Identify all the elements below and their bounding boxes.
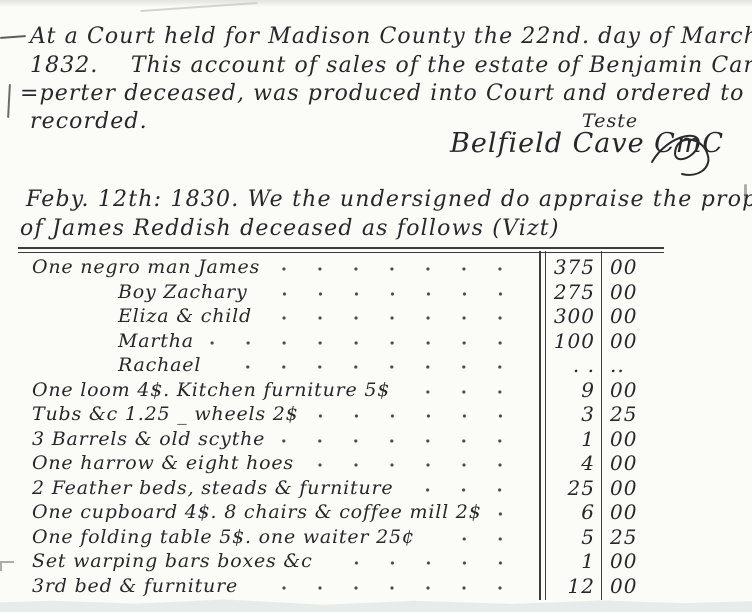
amount-dollars: 1 [539, 549, 602, 573]
amount-cents: 00 [602, 500, 664, 524]
dot-leader [431, 536, 533, 542]
amount-dollars: 1 [539, 427, 602, 451]
item-description: One negro man James [32, 256, 260, 278]
amount-dollars: 6 [539, 500, 602, 524]
amount-cents: .. [602, 353, 664, 377]
table-row: Tubs &c 1.25 _ wheels 2$325 [22, 402, 664, 426]
item-description: One cupboard 4$. 8 chairs & coffee mill … [32, 501, 482, 523]
item-description: Rachael [118, 354, 201, 376]
amount-dollars: 12 [539, 574, 602, 598]
dot-leader [498, 511, 533, 517]
amount-dollars: . . [539, 353, 602, 377]
item-description: One folding table 5$. one waiter 25¢ [32, 526, 415, 548]
item-description: Tubs &c 1.25 _ wheels 2$ [32, 403, 299, 425]
item-description: One loom 4$. Kitchen furniture 5$ [32, 379, 390, 401]
amount-dollars: 275 [539, 280, 602, 304]
table-row: Martha10000 [22, 329, 664, 353]
amount-cents: 00 [602, 280, 664, 304]
dot-leader [406, 389, 533, 395]
bottom-left-paper-mark [0, 561, 14, 571]
court-record-line-3: =perter deceased, was produced into Cour… [20, 81, 752, 106]
dot-leader [281, 438, 533, 444]
item-description: Boy Zachary [118, 281, 248, 303]
amount-cents: 25 [602, 402, 664, 426]
appraisal-intro-line-1: Feby. 12th: 1830. We the undersigned do … [26, 187, 752, 212]
table-row: Set warping bars boxes &c100 [22, 549, 664, 573]
table-row: Rachael. ... [22, 353, 664, 377]
amount-cents: 00 [602, 304, 664, 328]
table-row: One folding table 5$. one waiter 25¢525 [22, 525, 664, 549]
table-top-double-rule [18, 247, 664, 253]
table-row: One harrow & eight hoes400 [22, 451, 664, 475]
item-description: Martha [118, 330, 194, 352]
item-description: Eliza & child [118, 305, 252, 327]
dot-leader [264, 291, 533, 297]
dot-leader [315, 413, 533, 419]
item-description: Set warping bars boxes &c [32, 550, 313, 572]
amount-cents: 00 [602, 329, 664, 353]
amount-cents: 00 [602, 476, 664, 500]
table-row: 3rd bed & furniture1200 [22, 574, 664, 598]
dot-leader [254, 585, 533, 591]
table-row: 3 Barrels & old scythe100 [22, 427, 664, 451]
amount-cents: 00 [602, 378, 664, 402]
amount-dollars: 100 [539, 329, 602, 353]
appraisal-intro-line-2: of James Reddish deceased as follows (Vi… [20, 216, 560, 241]
dot-leader [329, 560, 533, 566]
appraisal-table: One negro man James37500Boy Zachary27500… [22, 255, 664, 598]
amount-dollars: 300 [539, 304, 602, 328]
item-description: 3 Barrels & old scythe [32, 428, 265, 450]
dot-leader [409, 487, 533, 493]
left-margin-stroke-mark [7, 84, 11, 118]
court-record-line-1: At a Court held for Madison County the 2… [30, 24, 752, 49]
item-description: 2 Feather beds, steads & furniture [32, 477, 393, 499]
amount-dollars: 5 [539, 525, 602, 549]
amount-cents: 25 [602, 525, 664, 549]
amount-cents: 00 [602, 574, 664, 598]
amount-dollars: 4 [539, 451, 602, 475]
amount-cents: 00 [602, 451, 664, 475]
scanner-top-edge-shadow [0, 0, 752, 7]
table-row: One cupboard 4$. 8 chairs & coffee mill … [22, 500, 664, 524]
table-row: Boy Zachary27500 [22, 280, 664, 304]
amount-dollars: 3 [539, 402, 602, 426]
dot-leader [210, 340, 533, 346]
item-description: 3rd bed & furniture [32, 575, 238, 597]
dot-leader [276, 266, 533, 272]
table-row: 2 Feather beds, steads & furniture2500 [22, 476, 664, 500]
amount-cents: 00 [602, 549, 664, 573]
torn-paper-edge-band [0, 596, 752, 612]
scanned-document-page: At a Court held for Madison County the 2… [0, 0, 752, 612]
court-record-line-2: 1832. This account of sales of the estat… [30, 53, 752, 78]
item-description: One harrow & eight hoes [32, 452, 294, 474]
table-row: One negro man James37500 [22, 255, 664, 279]
amount-cents: 00 [602, 427, 664, 451]
dot-leader [268, 315, 533, 321]
amount-dollars: 9 [539, 378, 602, 402]
left-margin-dash-mark [0, 35, 26, 39]
table-row: One loom 4$. Kitchen furniture 5$900 [22, 378, 664, 402]
amount-dollars: 25 [539, 476, 602, 500]
court-record-line-4: recorded. [30, 109, 148, 134]
amount-cents: 00 [602, 255, 664, 279]
dot-leader [217, 364, 533, 370]
dot-leader [310, 462, 533, 468]
table-row: Eliza & child30000 [22, 304, 664, 328]
amount-dollars: 375 [539, 255, 602, 279]
signature-flourish-icon [648, 126, 720, 182]
